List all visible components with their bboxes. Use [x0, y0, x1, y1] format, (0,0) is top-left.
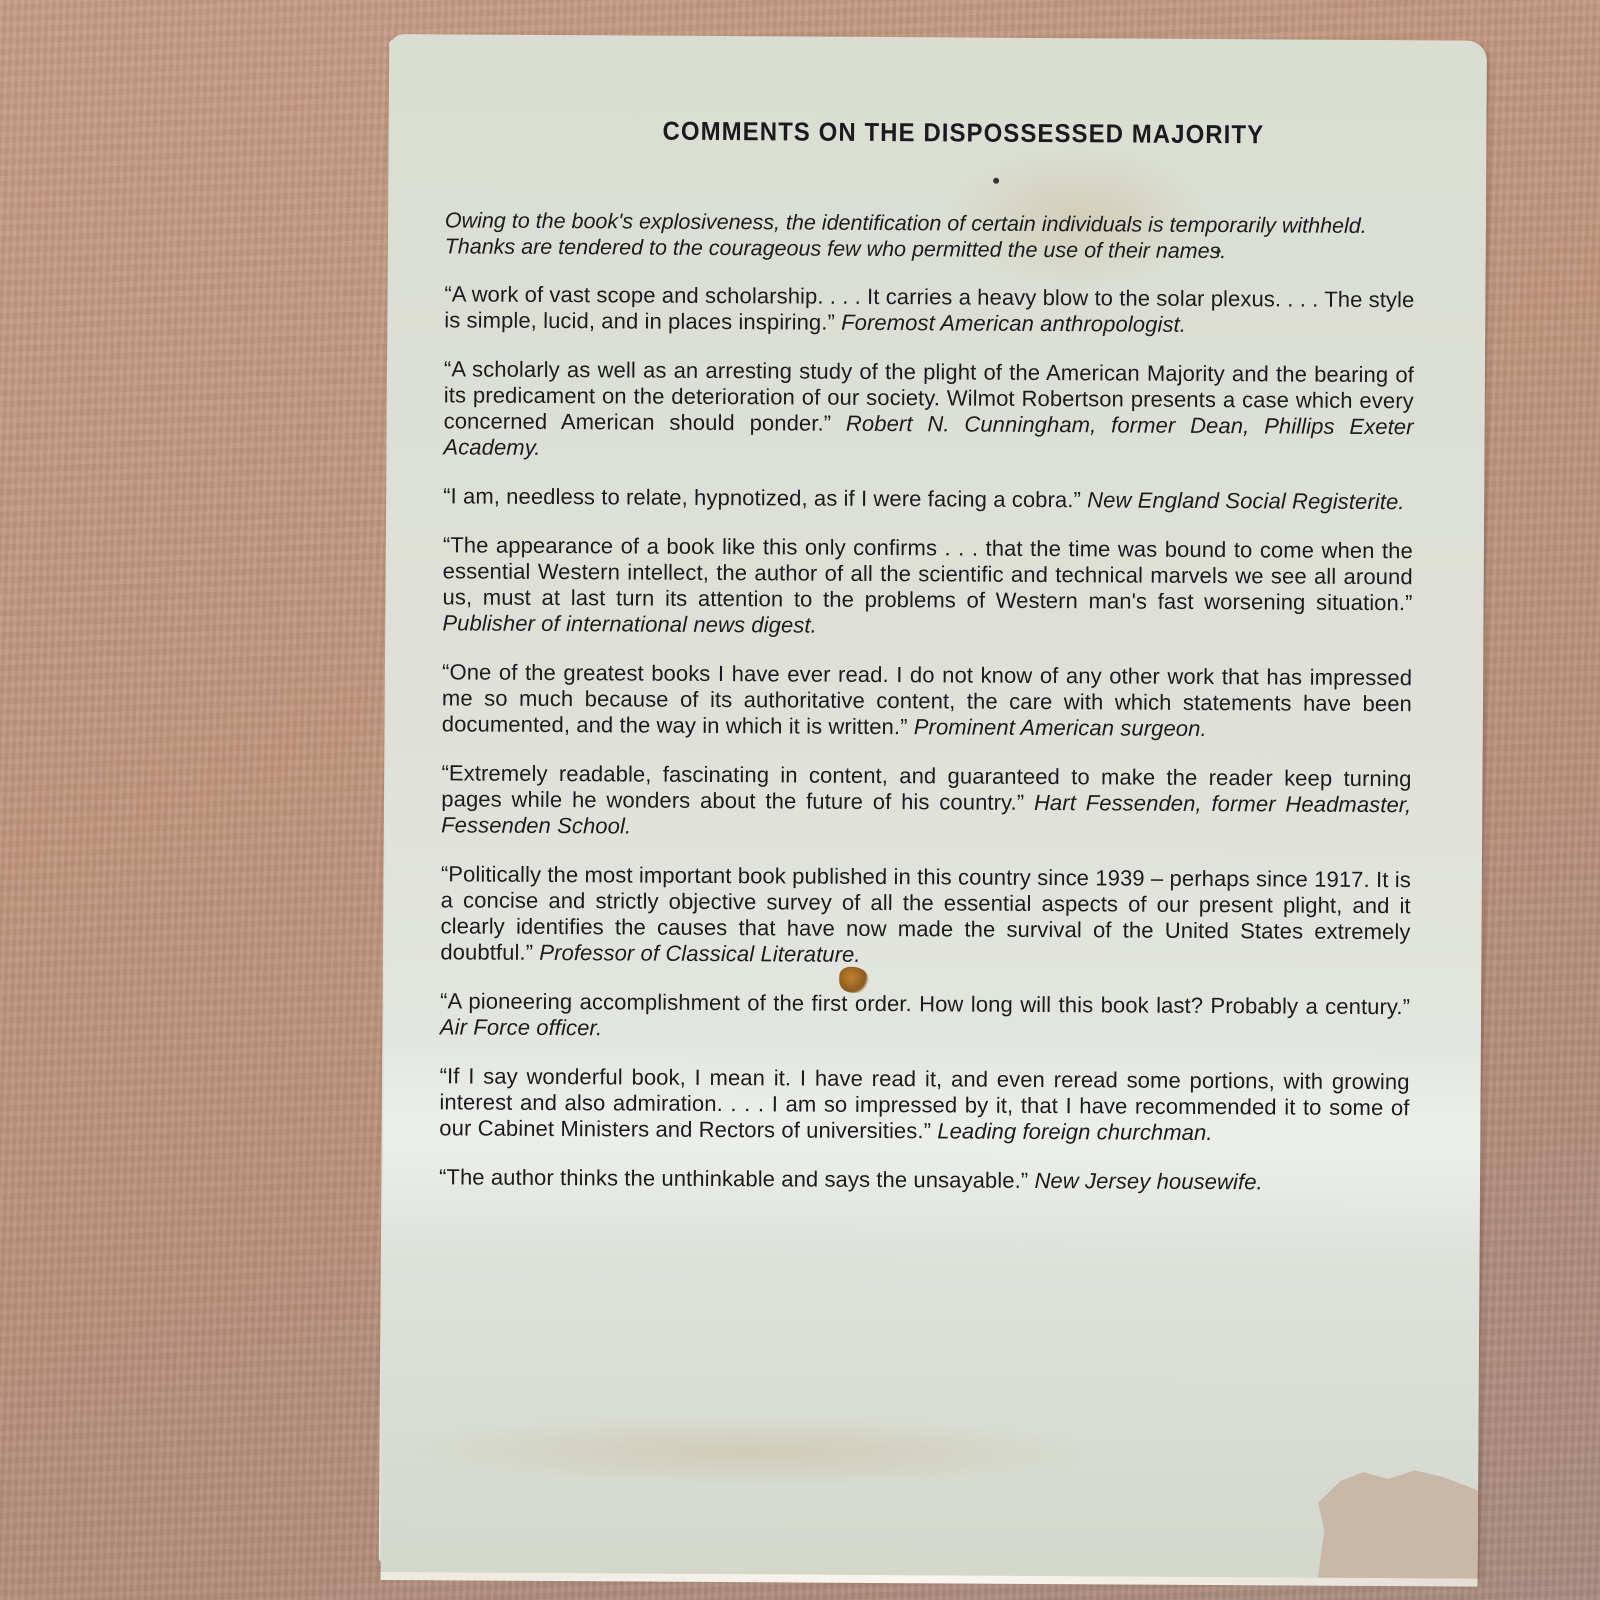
blurb-attribution: Leading foreign churchman. [937, 1118, 1212, 1145]
blurb-attribution: Foremost American anthropologist. [841, 310, 1186, 337]
blurb: “The appearance of a book like this only… [442, 532, 1413, 642]
blurb-text: “The author thinks the unthinkable and s… [439, 1164, 1028, 1193]
intro-note: Owing to the book's explosiveness, the i… [445, 207, 1415, 265]
blurb-text: “I am, needless to relate, hypnotized, a… [443, 483, 1081, 512]
blurb: “If I say wonderful book, I mean it. I h… [439, 1063, 1409, 1147]
blurb-text: “If I say wonderful book, I mean it. I h… [439, 1063, 1409, 1143]
blurb-text: “The appearance of a book like this only… [442, 532, 1412, 615]
blurb-attribution: Professor of Classical Literature. [539, 940, 860, 967]
blurb: “A scholarly as well as an arresting stu… [443, 356, 1414, 466]
blurb-attribution: Air Force officer. [440, 1014, 603, 1040]
blurb: “A work of vast scope and scholarship. .… [444, 281, 1414, 339]
blurb: “One of the greatest books I have ever r… [442, 659, 1412, 743]
blurb: “Politically the most important book pub… [440, 861, 1411, 971]
book-back-cover: COMMENTS ON THE DISPOSSESSED MAJORITY Ow… [381, 34, 1487, 1581]
blurb-attribution: Prominent American surgeon. [914, 714, 1207, 741]
blurb-attribution: New England Social Registerite. [1087, 487, 1405, 514]
headline: COMMENTS ON THE DISPOSSESSED MAJORITY [547, 115, 1379, 151]
blurb-attribution: New Jersey housewife. [1034, 1168, 1262, 1194]
blurb: “A pioneering accomplishment of the firs… [440, 988, 1410, 1046]
blurb: “I am, needless to relate, hypnotized, a… [443, 483, 1413, 515]
torn-corner [1318, 1470, 1479, 1581]
blurb: “The author thinks the unthinkable and s… [439, 1164, 1409, 1196]
cover-stain [401, 1414, 1101, 1488]
blurb: “Extremely readable, fascinating in cont… [441, 760, 1411, 844]
cover-text: COMMENTS ON THE DISPOSSESSED MAJORITY Ow… [439, 114, 1416, 1219]
blurb-attribution: Publisher of international news digest. [442, 610, 817, 637]
